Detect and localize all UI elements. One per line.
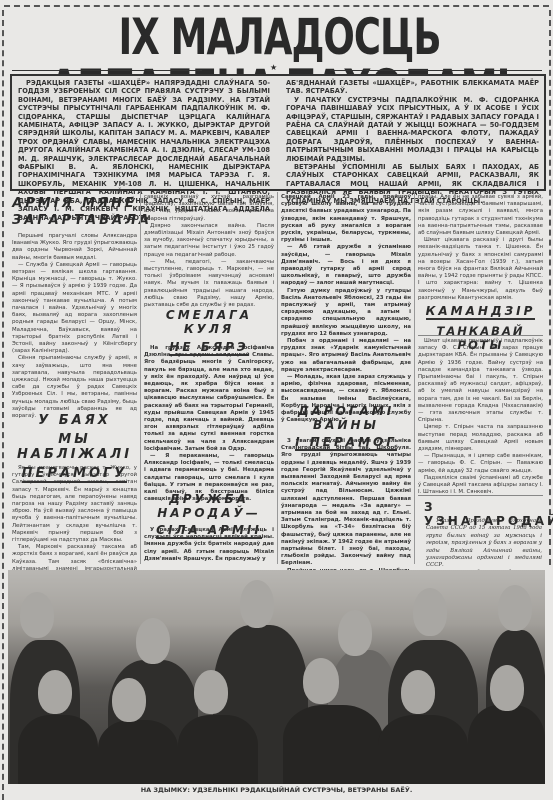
section-heading-army: АРМІЯ МЯНЕ ЗАГАРТАВАЛА (12, 196, 137, 228)
article-army: Першымі прагучалі словы Аляксандра Івана… (12, 233, 137, 420)
heading-line: ЗАГАРТАВАЛА (12, 213, 137, 228)
group-photo-veterans (8, 570, 545, 784)
heading-line: ДРУЖБА НАРОДАЎ— (144, 492, 274, 520)
article-paragraph: Гэтую думку прадоўжыў у гутарцы Васіль А… (281, 288, 411, 338)
column-divider (140, 192, 141, 564)
article-paragraph: Цяпер т. Спірын часта па запрашэнню выст… (418, 424, 543, 453)
article-paragraph: — Мы, педагогі, — заканчваючы выступленн… (144, 259, 274, 309)
lead-paragraph: аб'яднанай газеты «Шахцёр», работнік бле… (286, 79, 539, 96)
article-paragraph: — Прызнацца, я і цяпер сабе ваеннікам, —… (418, 453, 543, 475)
heading-line: АРМІЯ МЯНЕ (12, 196, 137, 211)
article-paragraph: — Аб гэтай дружбе я ўспамінаю заўсёды, —… (281, 244, 411, 287)
heading-line: СМЕЛАГА КУЛЯ (144, 308, 274, 336)
article-war-roads-continued: працы. Але ён не забывае сувязі з арміяй… (418, 194, 543, 302)
article-paragraph: Шмат цікавага прыпомніў і падпалкоўнік з… (418, 338, 543, 424)
article-paragraph: У радах Савецкай Арміі служаць і служылі… (144, 527, 274, 563)
awards-paragraph: Указам Прэзідыума Вярхоўнага Савета СССР… (426, 518, 542, 570)
article-paragraph: Дзярно закончылася вайна. Пасля дэмабілі… (144, 223, 274, 259)
star-icon: ★ (270, 63, 277, 72)
article-paragraph: Як бы працягваючы расказ т. Жукко, у гут… (12, 465, 137, 544)
article-war-roads: З увагай слухалі расказ удзельніка Сталі… (281, 438, 411, 582)
lead-right-column: аб'яднанай газеты «Шахцёр», работнік бле… (286, 79, 539, 205)
article-paragraph: Побач з ордэнамі і медалямі — на грудзях… (281, 338, 411, 374)
divider (12, 70, 202, 71)
heading-line: КАМАНДЗІР (426, 304, 536, 320)
heading-line: У БАЯХ (12, 413, 137, 428)
article-friendship-continued: Савецкай Арміі 23 гады, прайшоў суровую … (281, 194, 411, 425)
article-paragraph: працы. Але ён не забывае сувязі з арміяй… (418, 194, 543, 237)
article-paragraph: Сёння прыпамінаючы службу ў арміі, я хач… (12, 355, 137, 420)
divider (418, 335, 543, 336)
article-paragraph: Падзяліліся сваімі ўспамінамі аб службе … (418, 475, 543, 497)
article-paragraph: З увагай слухалі расказ удзельніка Сталі… (281, 438, 411, 568)
article-paragraph: — Служба ў Савецкай Арміі — гаворыць вет… (12, 262, 137, 356)
article-paragraph: Першымі прагучалі словы Аляксандра Івана… (12, 233, 137, 262)
page-headline: IX МАЛАДОСЦЬ АБПАЛЕНА ПАХОДАМІ (22, 12, 537, 82)
lead-paragraph: У пачатку сустрэчы падпалкоўнік М. Ф. Сі… (286, 96, 539, 163)
heading-line: ДАРОГАМІ ВАЙНЫ (281, 404, 411, 432)
column-divider (277, 192, 278, 564)
photo-caption: НА ЗДЫМКУ: УДЗЕЛЬНІКІ РЭДАКЦЫЙНАЙ СУСТРЭ… (0, 786, 553, 794)
column-divider (414, 192, 415, 564)
divider (330, 70, 542, 71)
lead-box: Рэдакцыя газеты «Шахцёр» напярэдадні сла… (10, 74, 546, 191)
article-friendship: У радах Савецкай Арміі служаць і служылі… (144, 527, 274, 563)
divider (418, 495, 543, 496)
article-paragraph: Савецкай Арміі 23 гады, прайшоў суровую … (281, 194, 411, 244)
newspaper-page: IX МАЛАДОСЦЬ АБПАЛЕНА ПАХОДАМІ ★ Рэдакцы… (0, 0, 553, 800)
article-paragraph: На грудзях Аляксандра Іосіфавіча Дзюліна… (144, 345, 274, 453)
article-victory-continued: савецкіх воінаў хутчэй разграміць фашыст… (144, 194, 274, 309)
article-paragraph: Шмат цікавага расказаў і другі былы меха… (418, 237, 543, 302)
article-brave: На грудзях Аляксандра Іосіфавіча Дзюліна… (144, 345, 274, 503)
article-paragraph: савецкіх воінаў хутчэй разграміць фашыст… (144, 194, 274, 223)
heading-line: МЫ НАБЛІЖАЛІ (12, 432, 137, 462)
article-commander: Шмат цікавага прыпомніў і падпалкоўнік з… (418, 338, 543, 496)
